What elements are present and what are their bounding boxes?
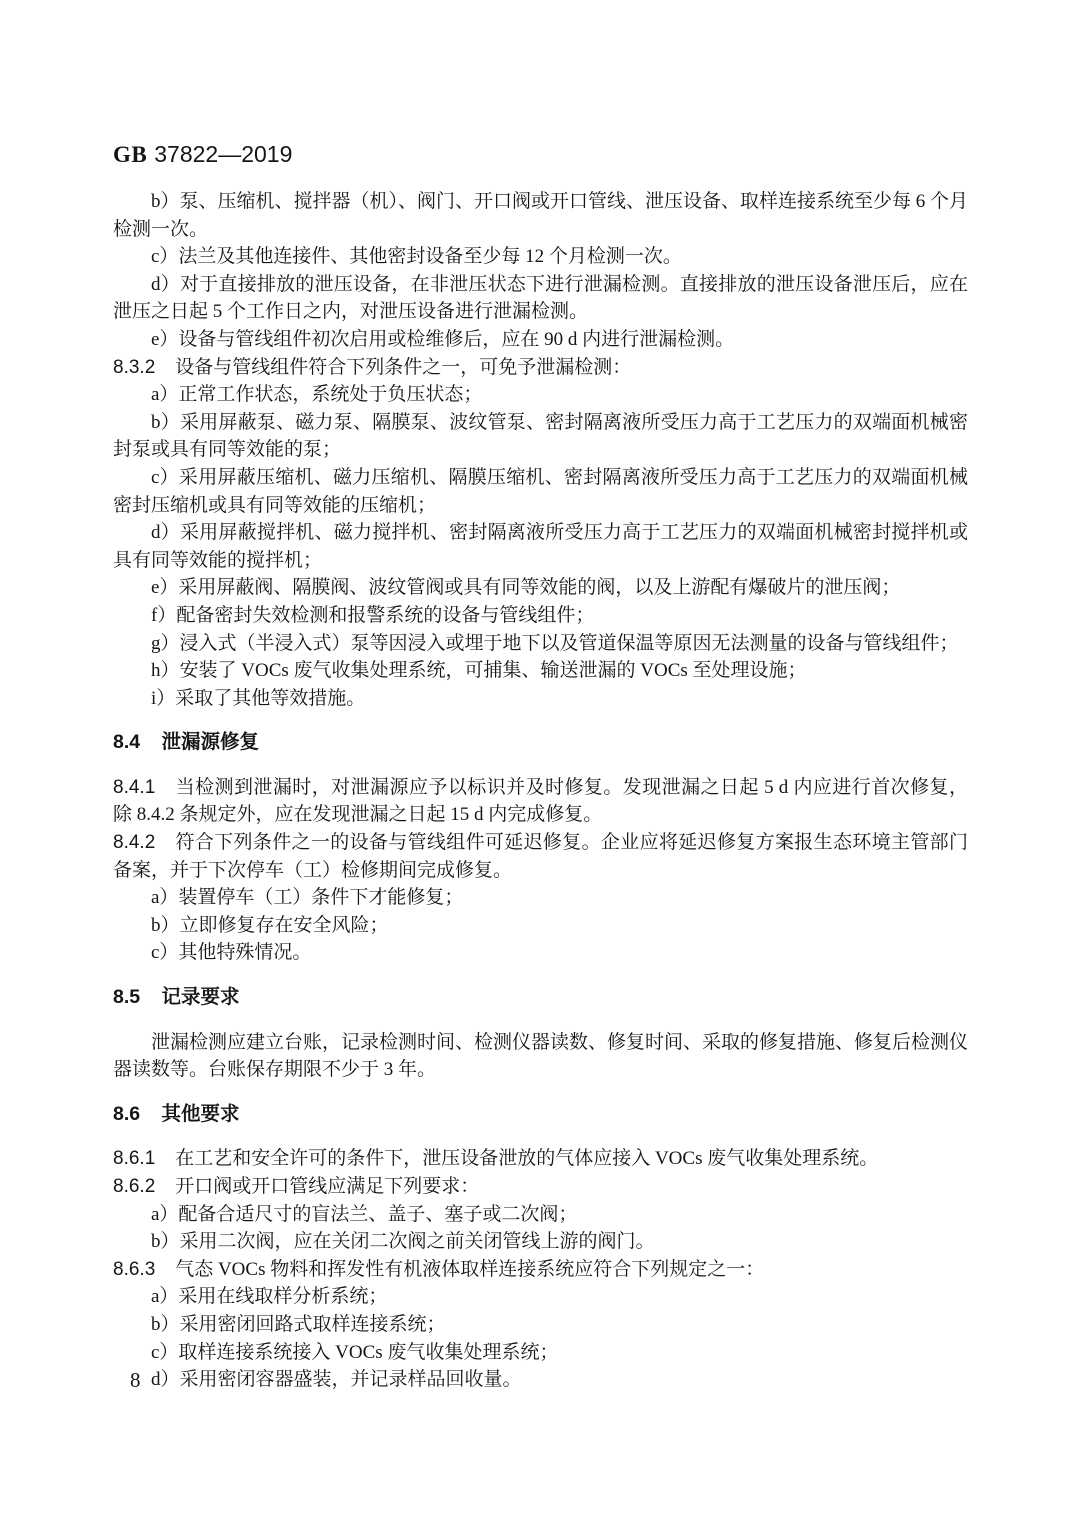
body-paragraph: 泄漏检测应建立台账，记录检测时间、检测仪器读数、修复时间、采取的修复措施、修复后… (113, 1029, 968, 1084)
clause-number: 8.5 (113, 986, 140, 1008)
list-item: c）法兰及其他连接件、其他密封设备至少每 12 个月检测一次。 (113, 243, 968, 271)
list-item: i）采取了其他等效措施。 (113, 685, 968, 713)
list-item: d）对于直接排放的泄压设备，在非泄压状态下进行泄漏检测。直接排放的泄压设备泄压后… (113, 271, 968, 326)
clause-number: 8.4.1 (113, 777, 155, 798)
clause-number: 8.6.2 (113, 1176, 155, 1197)
document-page: GB37822—2019 b）泵、压缩机、搅拌器（机）、阀门、开口阀或开口管线、… (0, 0, 1080, 1515)
list-item: a）配备合适尺寸的盲法兰、盖子、塞子或二次阀； (113, 1201, 968, 1229)
list-item: c）取样连接系统接入 VOCs 废气收集处理系统； (113, 1339, 968, 1367)
list-item: e）设备与管线组件初次启用或检维修后，应在 90 d 内进行泄漏检测。 (113, 326, 968, 354)
clause-number: 8.3.2 (113, 357, 155, 378)
list-item: f）配备密封失效检测和报警系统的设备与管线组件； (113, 602, 968, 630)
list-item: a）正常工作状态，系统处于负压状态； (113, 381, 968, 409)
list-item: e）采用屏蔽阀、隔膜阀、波纹管阀或具有同等效能的阀，以及上游配有爆破片的泄压阀； (113, 574, 968, 602)
document-header: GB37822—2019 (113, 141, 292, 168)
standard-prefix: GB (113, 142, 147, 167)
page-number: 8 (130, 1368, 141, 1393)
standard-number: 37822—2019 (154, 141, 292, 167)
clause-paragraph: 8.4.2符合下列条件之一的设备与管线组件可延迟修复。企业应将延迟修复方案报生态… (113, 829, 968, 884)
list-item: c）采用屏蔽压缩机、磁力压缩机、隔膜压缩机、密封隔离液所受压力高于工艺压力的双端… (113, 464, 968, 519)
list-item: d）采用密闭容器盛装，并记录样品回收量。 (113, 1366, 968, 1394)
list-item: h）安装了 VOCs 废气收集处理系统，可捕集、输送泄漏的 VOCs 至处理设施… (113, 657, 968, 685)
section-heading: 8.5记录要求 (113, 984, 968, 1012)
list-item: b）采用二次阀，应在关闭二次阀之前关闭管线上游的阀门。 (113, 1228, 968, 1256)
section-heading: 8.6其他要求 (113, 1101, 968, 1129)
clause-paragraph: 8.6.3气态 VOCs 物料和挥发性有机液体取样连接系统应符合下列规定之一： (113, 1256, 968, 1284)
list-item: a）采用在线取样分析系统； (113, 1283, 968, 1311)
clause-paragraph: 8.6.2开口阀或开口管线应满足下列要求： (113, 1173, 968, 1201)
list-item: b）采用屏蔽泵、磁力泵、隔膜泵、波纹管泵、密封隔离液所受压力高于工艺压力的双端面… (113, 409, 968, 464)
clause-paragraph: 8.4.1当检测到泄漏时，对泄漏源应予以标识并及时修复。发现泄漏之日起 5 d … (113, 774, 968, 829)
list-item: a）装置停车（工）条件下才能修复； (113, 884, 968, 912)
document-body: b）泵、压缩机、搅拌器（机）、阀门、开口阀或开口管线、泄压设备、取样连接系统至少… (113, 188, 968, 1394)
clause-number: 8.4 (113, 731, 140, 753)
list-item: g）浸入式（半浸入式）泵等因浸入或埋于地下以及管道保温等原因无法测量的设备与管线… (113, 630, 968, 658)
clause-number: 8.6.3 (113, 1259, 155, 1280)
list-item: b）泵、压缩机、搅拌器（机）、阀门、开口阀或开口管线、泄压设备、取样连接系统至少… (113, 188, 968, 243)
list-item: d）采用屏蔽搅拌机、磁力搅拌机、密封隔离液所受压力高于工艺压力的双端面机械密封搅… (113, 519, 968, 574)
clause-paragraph: 8.6.1在工艺和安全许可的条件下，泄压设备泄放的气体应接入 VOCs 废气收集… (113, 1145, 968, 1173)
clause-number: 8.4.2 (113, 832, 155, 853)
clause-paragraph: 8.3.2设备与管线组件符合下列条件之一，可免予泄漏检测： (113, 354, 968, 382)
list-item: c）其他特殊情况。 (113, 939, 968, 967)
clause-number: 8.6.1 (113, 1148, 155, 1169)
clause-number: 8.6 (113, 1103, 140, 1125)
section-heading: 8.4泄漏源修复 (113, 729, 968, 757)
list-item: b）采用密闭回路式取样连接系统； (113, 1311, 968, 1339)
list-item: b）立即修复存在安全风险； (113, 912, 968, 940)
